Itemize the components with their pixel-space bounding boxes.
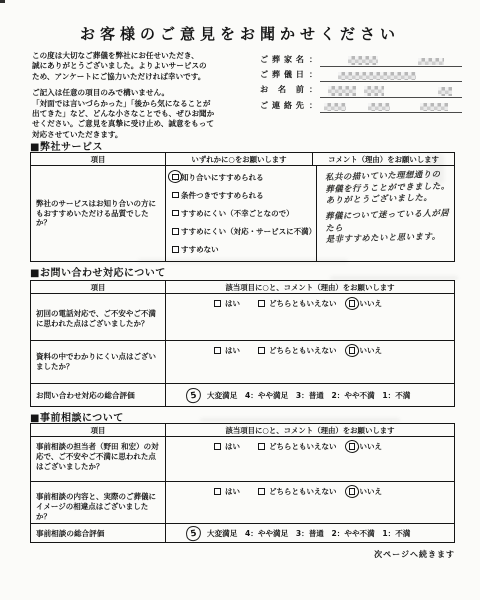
option-yes: はい <box>214 298 240 309</box>
table-header-row: 項目 いずれかに○をお願いします コメント（理由）をお願いします <box>31 153 454 166</box>
column-header-circle: いずれかに○をお願いします <box>166 153 313 165</box>
inquiry-question: 初回の電話対応で、ご不安やご不満に思われた点はございましたか？ <box>31 294 166 340</box>
checkbox-icon <box>172 246 179 253</box>
checkbox[interactable] <box>258 299 267 308</box>
inquiry-row-phone: 初回の電話対応で、ご不安やご不満に思われた点はございましたか？ はい どちらとも… <box>31 294 454 341</box>
rating-label: お問い合わせ対応の総合評価 <box>31 384 166 407</box>
service-table: 項目 いずれかに○をお願いします コメント（理由）をお願いします 弊社のサービス… <box>30 152 455 262</box>
consultation-row-image: 事前相談の内容と、実際のご葬儀にイメージの相違点はございましたか？ はい どちら… <box>31 482 454 524</box>
checkbox[interactable] <box>172 173 181 182</box>
checkbox[interactable] <box>214 346 223 355</box>
field-name: お 名 前 ： <box>260 82 462 97</box>
option-hard-dissatisfied: すすめにくい（対応・サービスに不満） <box>172 223 316 241</box>
field-colon: ： <box>309 69 317 80</box>
consultation-table: 項目 該当項目に○と、コメント（理由）をお願いします 事前相談の担当者（野田 和… <box>30 423 455 543</box>
field-family-name: ご葬家名 ： <box>260 52 462 67</box>
field-label: ご葬家名 <box>260 54 304 65</box>
option-no: いいえ <box>349 298 383 309</box>
inquiry-question: 資料の中でわかりにくい点はございましたか？ <box>31 341 166 383</box>
redacted-value <box>320 67 462 82</box>
checkbox[interactable] <box>172 209 181 218</box>
redaction-mosaic <box>328 86 356 96</box>
table-header-row: 項目 該当項目に○と、コメント（理由）をお願いします <box>31 281 454 294</box>
handwritten-comment: 私共の描いていた理想通りの葬儀を行うことができました。ありがとうございました。 <box>325 168 452 206</box>
column-header-circle-comment: 該当項目に○と、コメント（理由）をお願いします <box>166 424 454 436</box>
inquiry-table: 項目 該当項目に○と、コメント（理由）をお願いします 初回の電話対応で、ご不安や… <box>30 280 455 407</box>
checkbox[interactable] <box>258 442 267 451</box>
inquiry-row-materials: 資料の中でわかりにくい点はございましたか？ はい どちらともいえない いいえ <box>31 341 454 384</box>
option-yes: はい <box>214 441 240 452</box>
intro-paragraph: ご記入は任意の項目のみで構いません。「対面では言いづらかった」「後から気になるこ… <box>32 88 244 140</box>
option-not-recommend: すすめない <box>172 241 316 259</box>
option-neither: どちらともいえない <box>258 441 337 452</box>
page-title: お客様のご意見をお聞かせください <box>0 23 480 44</box>
option-no: いいえ <box>349 486 383 497</box>
checkbox-icon <box>258 300 265 307</box>
checkbox-icon <box>258 347 265 354</box>
field-label: ご連絡先 <box>260 100 304 111</box>
redaction-mosaic <box>420 103 448 111</box>
option-label: すすめにくい（対応・サービスに不満） <box>181 226 316 237</box>
checkbox-icon <box>214 300 221 307</box>
rating-scale: 5 大変満足 4：やや満足 3：普通 2：やや不満 1：不満 <box>166 524 454 542</box>
service-options: 知り合いにすすめられる 条件つきですすめられる すすめにくい（不幸ごとなので） … <box>166 166 317 261</box>
option-no: いいえ <box>349 345 383 356</box>
redaction-mosaic <box>368 103 390 111</box>
checkbox-icon <box>214 347 221 354</box>
checkbox-icon <box>214 488 221 495</box>
checkbox-icon <box>214 443 221 450</box>
option-label: 条件つきですすめられる <box>181 190 264 201</box>
field-colon: ： <box>309 54 317 65</box>
intro-text: この度は大切なご葬儀を弊社にお任せいただき、誠にありがとうございました。よりよい… <box>32 51 244 140</box>
option-neither: どちらともいえない <box>258 486 337 497</box>
option-neither: どちらともいえない <box>258 345 337 356</box>
scan-smudge <box>200 418 400 422</box>
table-header-row: 項目 該当項目に○と、コメント（理由）をお願いします <box>31 424 454 437</box>
checkbox[interactable] <box>349 442 358 451</box>
checkbox[interactable] <box>172 245 181 254</box>
field-funeral-date: ご葬儀日 ： <box>260 67 462 82</box>
rating-scale-text: 大変満足 4：やや満足 3：普通 2：やや不満 1：不満 <box>207 528 410 539</box>
option-neither: どちらともいえない <box>258 298 337 309</box>
section-heading-service: ■弊社サービス <box>30 138 103 153</box>
checkbox[interactable] <box>258 346 267 355</box>
checkbox-icon <box>172 192 179 199</box>
redaction-mosaic <box>438 87 452 96</box>
redaction-mosaic <box>348 56 378 65</box>
selection-circle-mark <box>344 439 360 454</box>
checkbox-icon <box>258 443 265 450</box>
checkbox[interactable] <box>214 487 223 496</box>
section-heading-consultation: ■事前相談について <box>30 409 124 424</box>
field-colon: ： <box>309 100 317 111</box>
service-question: 弊社のサービスはお知り合いの方にもおすすめいただける品質でしたか？ <box>31 166 166 261</box>
redaction-mosaic <box>338 72 416 80</box>
redacted-value <box>320 82 462 97</box>
checkbox[interactable] <box>172 191 181 200</box>
continue-note: 次ページへ続きます <box>374 549 455 560</box>
consultation-rating-row: 事前相談の総合評価 5 大変満足 4：やや満足 3：普通 2：やや不満 1：不満 <box>31 524 454 542</box>
option-no: いいえ <box>349 441 383 452</box>
checkbox-icon <box>172 228 179 235</box>
redacted-value <box>320 52 462 67</box>
option-yes: はい <box>214 486 240 497</box>
yes-no-options: はい どちらともいえない いいえ <box>166 437 454 481</box>
section-heading-inquiry: ■お問い合わせ対応について <box>30 264 166 279</box>
checkbox[interactable] <box>349 346 358 355</box>
rating-scale-text: 大変満足 4：やや満足 3：普通 2：やや不満 1：不満 <box>207 390 410 401</box>
option-label: すすめにくい（不幸ごとなので） <box>181 208 294 219</box>
redaction-mosaic <box>324 103 346 111</box>
option-recommend: 知り合いにすすめられる <box>172 168 316 186</box>
field-label: ご葬儀日 <box>260 69 304 80</box>
scan-speck <box>0 0 5 3</box>
comment-cell: 私共の描いていた理想通りの葬儀を行うことができました。ありがとうございました。 … <box>317 166 454 261</box>
column-header-item: 項目 <box>31 281 166 293</box>
yes-no-options: はい どちらともいえない いいえ <box>166 482 454 523</box>
redaction-mosaic <box>418 58 444 65</box>
circled-rating-5: 5 <box>185 524 202 541</box>
column-header-item: 項目 <box>31 424 166 436</box>
circled-rating-5: 5 <box>185 387 202 404</box>
checkbox-icon <box>258 488 265 495</box>
consultation-question: 事前相談の内容と、実際のご葬儀にイメージの相違点はございましたか？ <box>31 482 166 523</box>
option-recommend-conditional: 条件つきですすめられる <box>172 186 316 204</box>
redaction-mosaic <box>364 86 384 96</box>
column-header-circle-comment: 該当項目に○と、コメント（理由）をお願いします <box>166 281 454 293</box>
column-header-comment: コメント（理由）をお願いします <box>313 153 454 165</box>
checkbox[interactable] <box>214 299 223 308</box>
checkbox[interactable] <box>214 442 223 451</box>
table-body: 弊社のサービスはお知り合いの方にもおすすめいただける品質でしたか？ 知り合いにす… <box>31 166 454 261</box>
handwritten-comment: 葬儀について迷っている人が居たら是非すすめたいと思います。 <box>325 207 452 245</box>
rating-label: 事前相談の総合評価 <box>31 524 166 542</box>
checkbox[interactable] <box>349 299 358 308</box>
selection-circle-mark <box>344 484 360 499</box>
redacted-value <box>320 98 462 113</box>
column-header-item: 項目 <box>31 153 166 165</box>
yes-no-options: はい どちらともいえない いいえ <box>166 294 454 340</box>
option-hard-misfortune: すすめにくい（不幸ごとなので） <box>172 204 316 222</box>
selection-circle-mark <box>344 343 360 358</box>
consultation-row-staff: 事前相談の担当者（野田 和宏）の対応で、ご不安やご不満に思われた点はございました… <box>31 437 454 482</box>
option-label: すすめない <box>181 244 219 255</box>
checkbox[interactable] <box>349 487 358 496</box>
checkbox-icon <box>172 210 179 217</box>
checkbox[interactable] <box>258 487 267 496</box>
checkbox[interactable] <box>172 227 181 236</box>
inquiry-rating-row: お問い合わせ対応の総合評価 5 大変満足 4：やや満足 3：普通 2：やや不満 … <box>31 384 454 407</box>
consultation-question: 事前相談の担当者（野田 和宏）の対応で、ご不安やご不満に思われた点はございました… <box>31 437 166 481</box>
field-colon: ： <box>309 84 317 95</box>
intro-paragraph: この度は大切なご葬儀を弊社にお任せいただき、誠にありがとうございました。よりよい… <box>32 51 244 82</box>
field-contact-info: ご連絡先 ： <box>260 98 462 113</box>
field-label: お 名 前 <box>260 84 304 95</box>
yes-no-options: はい どちらともいえない いいえ <box>166 341 454 383</box>
contact-fields: ご葬家名 ： ご葬儀日 ： お 名 前 ： ご連絡先 ： <box>260 52 462 113</box>
selection-circle-mark <box>344 296 360 311</box>
rating-scale: 5 大変満足 4：やや満足 3：普通 2：やや不満 1：不満 <box>166 384 454 407</box>
option-label: 知り合いにすすめられる <box>181 172 264 183</box>
option-yes: はい <box>214 345 240 356</box>
